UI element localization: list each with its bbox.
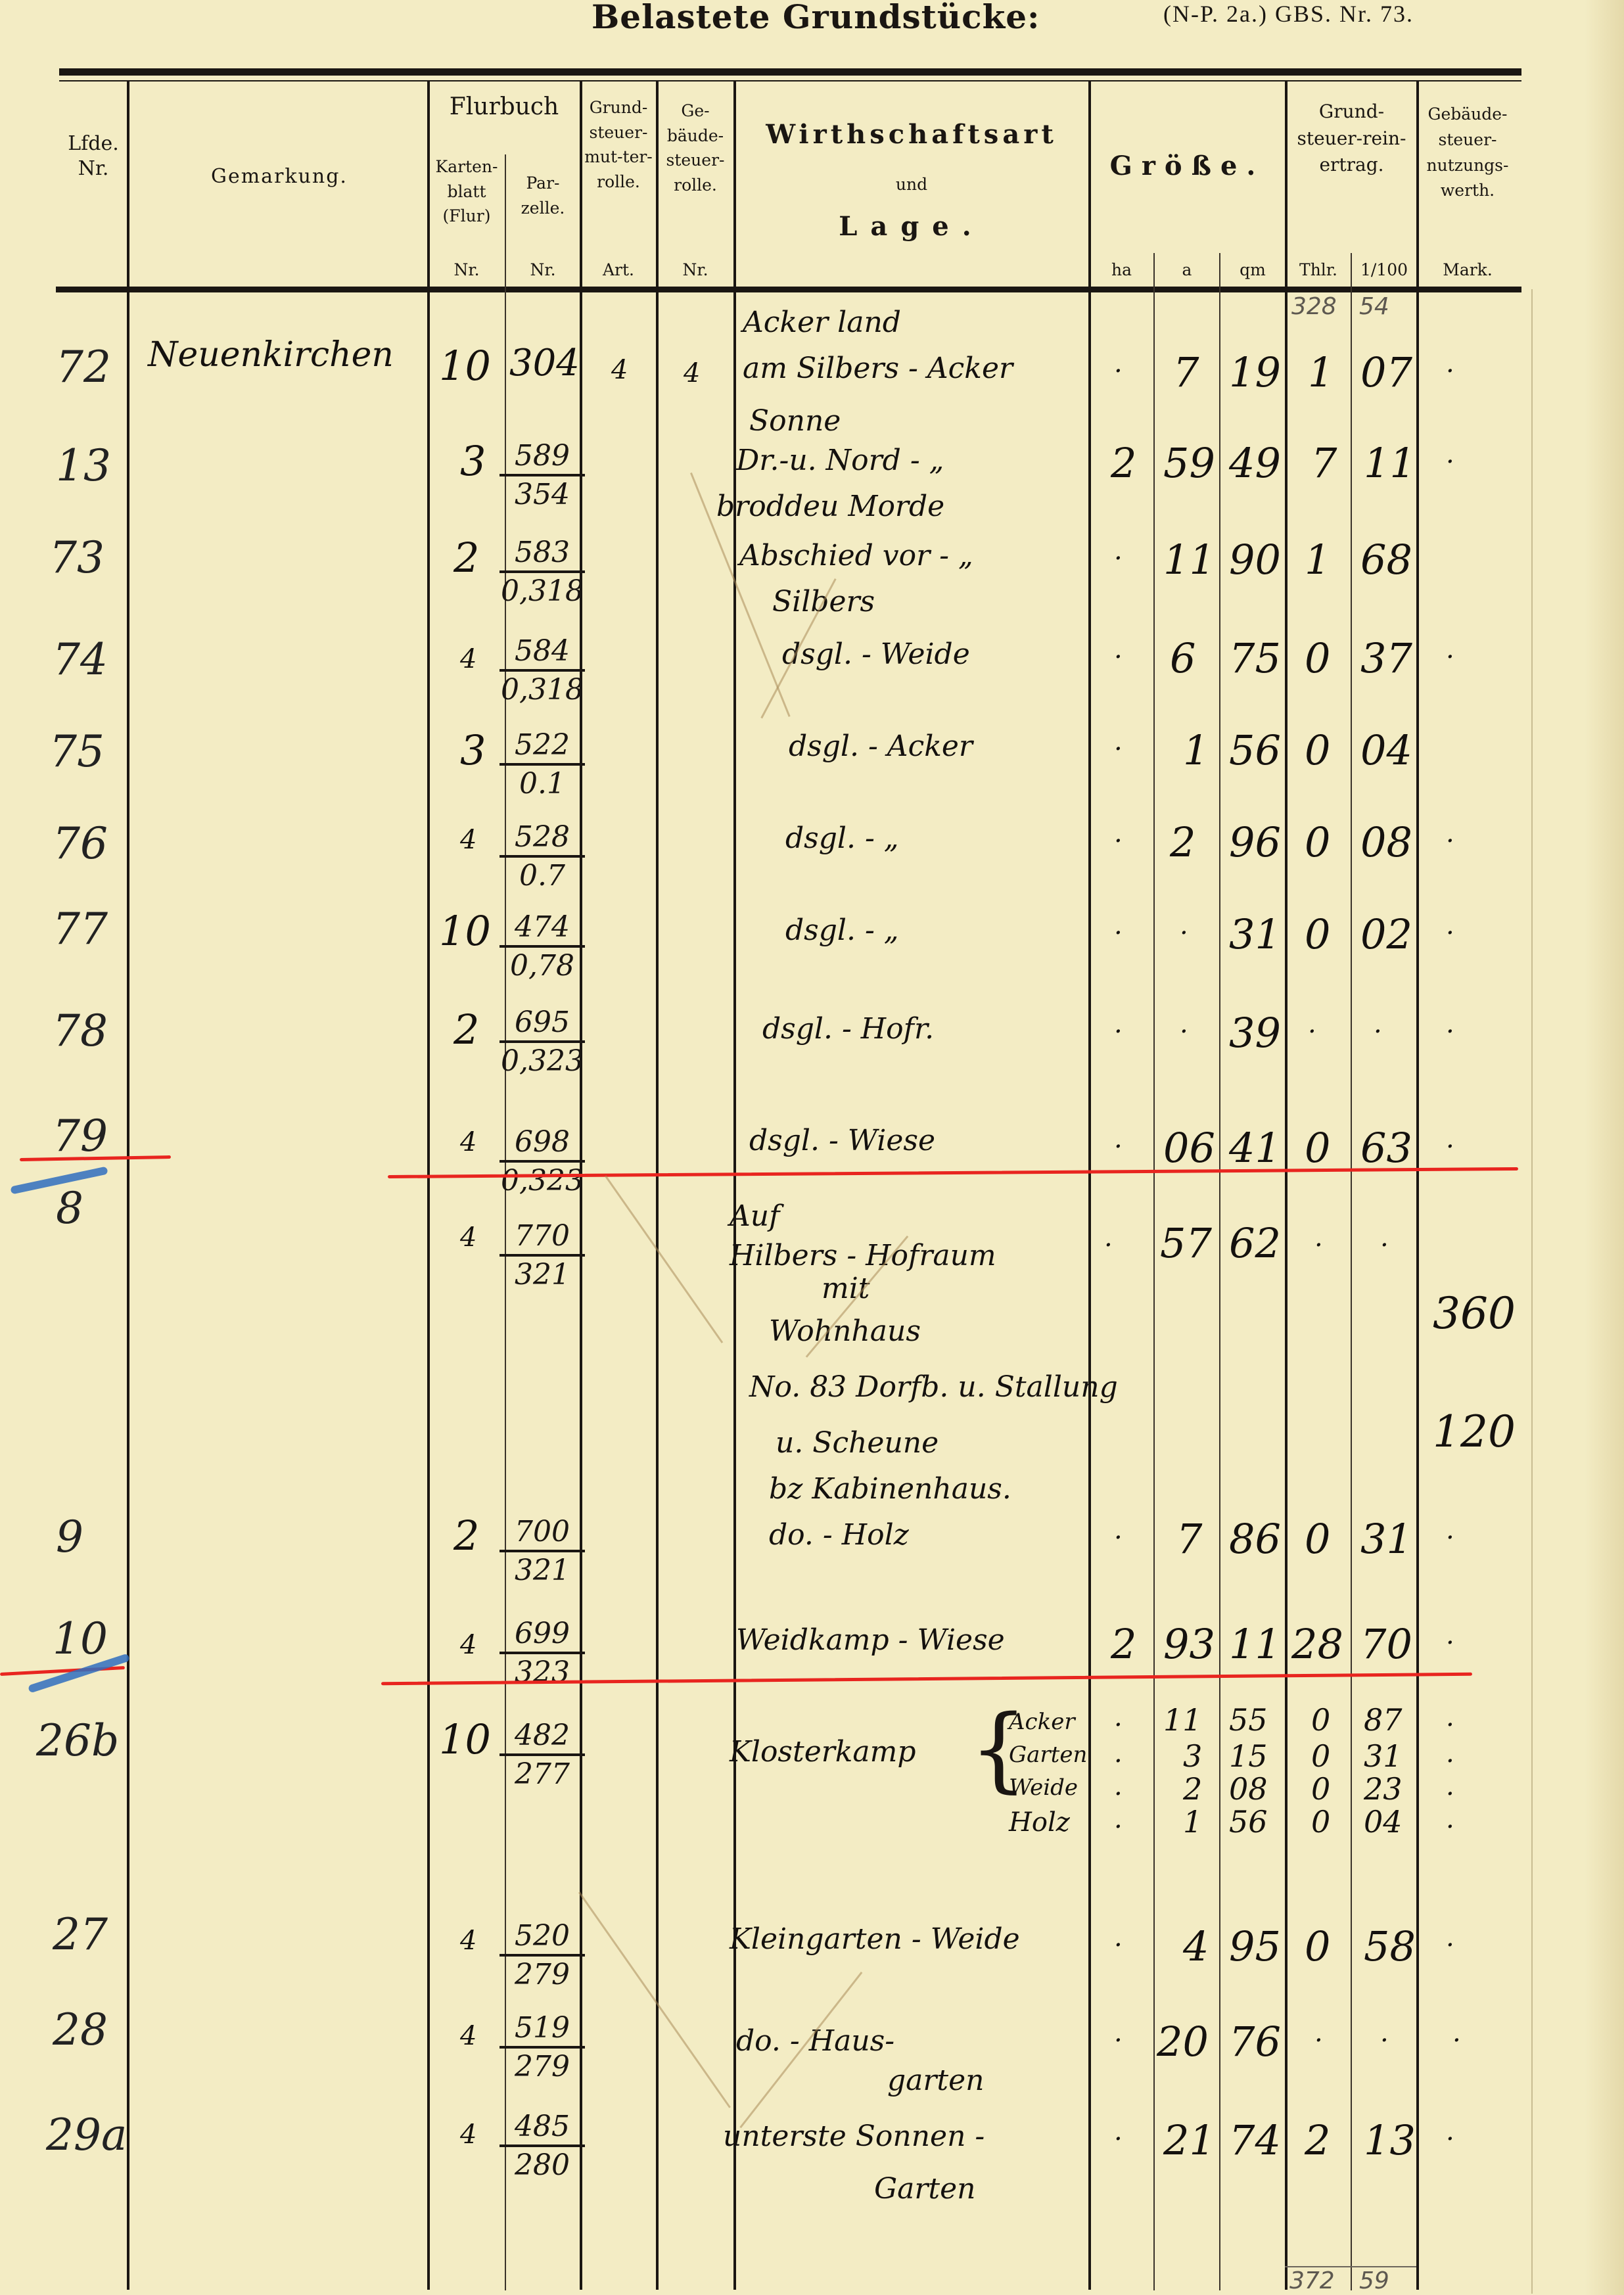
row-a: . <box>1180 910 1188 940</box>
row-mark: . <box>1446 818 1454 848</box>
row-parzelle: 520 <box>499 1919 585 1957</box>
row-parzelle: 482 <box>499 1719 585 1756</box>
sub-row-kind: Acker <box>1009 1709 1075 1735</box>
row-thlr: 0 <box>1305 1515 1330 1563</box>
row-desc-line: dsgl. - Acker <box>789 730 973 763</box>
row-flur: 4 <box>460 2120 476 2150</box>
row-parzelle-fraction: 520 279 <box>499 1919 585 1991</box>
unit-kartenblatt: Nr. <box>429 258 505 283</box>
row-hundredths: 68 <box>1360 536 1412 584</box>
header-grundsteuerreinertrag: Grund-steuer-rein-ertrag. <box>1287 99 1416 179</box>
header-gemarkung: Gemarkung. <box>131 164 427 189</box>
unit-ha: ha <box>1090 258 1153 283</box>
sub-row-thlr: 0 <box>1311 1771 1330 1807</box>
row-lfd-nr: 26b <box>36 1715 119 1766</box>
row-qm: 19 <box>1229 348 1281 396</box>
row-hundredths: . <box>1374 1009 1382 1039</box>
row-a: 57 <box>1160 1219 1212 1267</box>
sub-row-kind: Holz <box>1009 1807 1070 1838</box>
paper-fold <box>605 1175 723 1343</box>
row-hundredths: 04 <box>1360 726 1412 774</box>
row-desc-line: Abschied vor - „ <box>739 539 973 572</box>
row-mark: . <box>1446 634 1454 664</box>
row-parzelle: 583 <box>499 536 585 573</box>
sub-row-ha: . <box>1114 1771 1123 1801</box>
row-parzelle-fraction: 770 321 <box>499 1219 585 1291</box>
page-edge-shadow <box>1585 0 1624 2295</box>
row-hundredths: 11 <box>1364 439 1416 487</box>
row-lfd-nr: 13 <box>56 440 111 491</box>
row-lfd-nr: 29a <box>46 2110 127 2160</box>
row-lfd-nr: 27 <box>53 1909 108 1960</box>
row-mark: . <box>1446 1124 1454 1154</box>
row-hundredths: 08 <box>1360 818 1412 866</box>
sub-row-a: 1 <box>1183 1804 1202 1840</box>
row-mark: . <box>1446 439 1454 469</box>
row-qm: 76 <box>1229 2018 1281 2066</box>
row-flur: 4 <box>460 1926 476 1956</box>
row-qm: 31 <box>1229 910 1281 958</box>
carry-over-bottom-hundredths: 59 <box>1359 2267 1389 2294</box>
row-desc-line: Sonne <box>749 404 841 438</box>
row-flur: 4 <box>460 825 476 855</box>
row-desc-line: bz Kabinenhaus. <box>769 1472 1011 1506</box>
row-a: 7 <box>1173 348 1199 396</box>
row-hundredths: 07 <box>1360 348 1412 396</box>
row-parzelle-sub: 0.1 <box>499 766 585 800</box>
row-desc-line: Klosterkamp <box>730 1735 916 1769</box>
row-mark-secondary: 120 <box>1433 1406 1516 1457</box>
row-ha: . <box>1114 634 1123 664</box>
row-parzelle: 698 <box>499 1125 585 1163</box>
unit-thlr: Thlr. <box>1286 258 1351 283</box>
header-gebaeudesteuernutzungswerth: Gebäude-steuer-nutzungs-werth. <box>1418 102 1517 204</box>
row-a: 7 <box>1176 1515 1202 1563</box>
row-ha: . <box>1114 1922 1123 1953</box>
row-parzelle-fraction: 482 277 <box>499 1719 585 1791</box>
row-ha: . <box>1114 348 1123 379</box>
row-desc-line: No. 83 Dorfb. u. Stallung <box>749 1370 1118 1404</box>
row-parzelle-fraction: 699 323 <box>499 1617 585 1689</box>
row-desc-line: do. - Holz <box>769 1518 909 1552</box>
row-thlr: 0 <box>1305 910 1330 958</box>
col-divider-gebaeuderolle <box>733 81 736 2290</box>
row-lfd-nr: 28 <box>53 2005 108 2055</box>
header-grundsteuermutterrolle: Grund-steuer-mut-ter-rolle. <box>581 95 656 194</box>
row-ha: . <box>1114 1009 1123 1039</box>
row-qm: 11 <box>1229 1620 1281 1668</box>
row-flur: 10 <box>439 1715 491 1763</box>
row-a: 21 <box>1163 2116 1215 2164</box>
col-divider-reinertrag <box>1416 81 1419 2290</box>
document-title: Belastete Grundstücke: <box>592 0 1040 36</box>
row-parzelle-sub: 0,318 <box>499 672 585 707</box>
row-parzelle-fraction: 700 321 <box>499 1515 585 1587</box>
row-parzelle-sub: 0,318 <box>499 573 585 608</box>
row-flur: 4 <box>460 1630 476 1660</box>
row-lfd-nr: 72 <box>56 342 111 392</box>
sub-row-a: 2 <box>1183 1771 1202 1807</box>
row-gebaeuderolle: 4 <box>684 358 700 388</box>
row-a: . <box>1180 1009 1188 1039</box>
row-ha: 2 <box>1111 439 1136 487</box>
row-thlr: 1 <box>1305 536 1330 584</box>
row-parzelle: 770 <box>499 1219 585 1257</box>
row-mark: . <box>1452 2018 1461 2048</box>
row-parzelle: 699 <box>499 1617 585 1654</box>
sub-row-mark: . <box>1446 1702 1454 1732</box>
row-desc-line: dsgl. - Wiese <box>749 1124 935 1157</box>
header-parzelle: Par-zelle. <box>506 171 580 220</box>
row-a: 11 <box>1163 536 1215 584</box>
row-parzelle-fraction: 589 354 <box>499 439 585 511</box>
row-desc-line: am Silbers - Acker <box>743 352 1013 385</box>
sub-row-qm: 08 <box>1229 1771 1268 1807</box>
row-desc-line: Wohnhaus <box>769 1314 921 1348</box>
sub-row-kind: Garten <box>1009 1742 1087 1768</box>
margin-line <box>1531 289 1533 2294</box>
col-divider-wirthschaftsart <box>1088 81 1091 2290</box>
row-mark: . <box>1446 2116 1454 2146</box>
row-desc-line: Garten <box>874 2172 975 2206</box>
header-lfd-nr: Lfde. Nr. <box>60 131 126 181</box>
row-desc-line: garten <box>887 2064 985 2097</box>
row-parzelle-fraction: 695 0,323 <box>499 1006 585 1078</box>
row-ha: . <box>1114 818 1123 848</box>
unit-gebaeuderolle: Nr. <box>657 258 733 283</box>
row-a: 20 <box>1157 2018 1209 2066</box>
sub-row-ha: . <box>1114 1702 1123 1732</box>
row-thlr: 0 <box>1305 818 1330 866</box>
row-desc-line: Kleingarten - Weide <box>730 1922 1020 1956</box>
carry-over-top-thlr: 328 <box>1291 293 1337 320</box>
row-mark: . <box>1446 1620 1454 1650</box>
row-mark: . <box>1446 1922 1454 1953</box>
row-ha: . <box>1114 2116 1123 2146</box>
col-divider-thlr <box>1351 253 1352 2290</box>
unit-parzelle: Nr. <box>506 258 580 283</box>
header-lage: Lage. <box>735 210 1088 243</box>
row-parzelle: 474 <box>499 910 585 948</box>
row-parzelle-fraction: 519 279 <box>499 2011 585 2083</box>
row-parzelle-fraction: 584 0,318 <box>499 634 585 707</box>
row-lfd-nr: 77 <box>53 904 108 954</box>
row-ha: . <box>1104 1222 1113 1253</box>
sub-row-qm: 56 <box>1229 1804 1268 1840</box>
col-divider-gemarkung <box>427 81 430 2290</box>
row-parzelle-fraction: 583 0,318 <box>499 536 585 608</box>
row-hundredths: 13 <box>1364 2116 1416 2164</box>
row-lfd-nr: 8 <box>56 1183 83 1234</box>
col-divider-lfd <box>127 81 129 2290</box>
row-desc-line: broddeu Morde <box>716 490 944 523</box>
row-qm: 90 <box>1229 536 1281 584</box>
row-lfd-nr: 73 <box>49 532 104 583</box>
row-parzelle-sub: 0,323 <box>499 1043 585 1078</box>
row-ha: . <box>1114 1124 1123 1154</box>
row-desc-line: dsgl. - „ <box>785 914 899 947</box>
row-parzelle: 522 <box>499 728 585 766</box>
row-desc-line: Hilbers - Hofraum <box>730 1239 996 1272</box>
row-parzelle-fraction: 698 0,323 <box>499 1125 585 1197</box>
row-desc-line: Dr.-u. Nord - „ <box>736 444 944 477</box>
sub-row-hundredths: 87 <box>1364 1702 1403 1738</box>
row-ha: . <box>1114 726 1123 756</box>
row-desc-line: dsgl. - „ <box>785 822 899 855</box>
row-flur: 2 <box>453 1006 479 1054</box>
sub-row-mark: . <box>1446 1804 1454 1834</box>
row-thlr: 1 <box>1308 348 1334 396</box>
row-qm: 41 <box>1229 1124 1281 1172</box>
row-hundredths: . <box>1380 2018 1389 2048</box>
row-flur: 10 <box>439 342 491 390</box>
row-parzelle-sub: 321 <box>499 1552 585 1587</box>
row-parzelle-sub: 0,323 <box>499 1163 585 1197</box>
row-qm: 56 <box>1229 726 1281 774</box>
top-rule-thin <box>59 80 1521 81</box>
row-qm: 96 <box>1229 818 1281 866</box>
row-thlr: 0 <box>1305 1124 1330 1172</box>
row-parzelle: 485 <box>499 2110 585 2147</box>
row-a: 2 <box>1170 818 1195 866</box>
sub-row-mark: . <box>1446 1738 1454 1769</box>
row-lfd-nr: 79 <box>53 1111 108 1161</box>
row-qm: 39 <box>1229 1009 1281 1057</box>
row-thlr: 0 <box>1305 726 1330 774</box>
row-hundredths: 70 <box>1360 1620 1412 1668</box>
header-und: und <box>735 172 1088 197</box>
col-divider-mutterrolle <box>656 81 659 2290</box>
row-parzelle-fraction: 474 0,78 <box>499 910 585 983</box>
row-desc-line: Weidkamp - Wiese <box>736 1623 1005 1657</box>
row-parzelle-sub: 279 <box>499 2049 585 2083</box>
row-flur: 10 <box>439 907 491 955</box>
row-a: 93 <box>1163 1620 1215 1668</box>
sub-row-a: 3 <box>1183 1738 1202 1774</box>
row-parzelle-sub: 354 <box>499 476 585 511</box>
row-parzelle-sub: 279 <box>499 1957 585 1991</box>
row-thlr: . <box>1314 1222 1323 1253</box>
row-hundredths: 31 <box>1360 1515 1412 1563</box>
row-qm: 86 <box>1229 1515 1281 1563</box>
row-a: 6 <box>1170 634 1195 682</box>
sub-row-thlr: 0 <box>1311 1804 1330 1840</box>
row-parzelle: 519 <box>499 2011 585 2049</box>
row-parzelle: 700 <box>499 1515 585 1552</box>
row-desc-line: u. Scheune <box>776 1426 939 1460</box>
row-thlr: . <box>1308 1009 1316 1039</box>
row-thlr: . <box>1314 2018 1323 2048</box>
row-ha: . <box>1114 2018 1123 2048</box>
row-hundredths: 02 <box>1360 910 1412 958</box>
row-thlr: 2 <box>1305 2116 1330 2164</box>
row-hundredths: . <box>1380 1222 1389 1253</box>
col-divider-qm <box>1285 81 1288 2290</box>
row-ha: . <box>1114 1515 1123 1545</box>
header-gebaeudesteuerrolle: Ge-bäude-steuer-rolle. <box>657 99 733 197</box>
row-flur: 4 <box>460 644 476 674</box>
row-qm: 49 <box>1229 439 1281 487</box>
row-desc-line: Acker land <box>743 306 901 339</box>
col-divider-a <box>1219 253 1220 2290</box>
row-parzelle: 695 <box>499 1006 585 1043</box>
row-a: 1 <box>1183 726 1209 774</box>
unit-a: a <box>1155 258 1219 283</box>
row-mark: . <box>1446 1009 1454 1039</box>
row-flur: 2 <box>453 1512 479 1560</box>
row-qm: 75 <box>1229 634 1281 682</box>
row-hundredths: 58 <box>1364 1922 1416 1970</box>
row-flur: 3 <box>460 437 486 485</box>
row-qm: 95 <box>1229 1922 1281 1970</box>
sub-row-thlr: 0 <box>1311 1702 1330 1738</box>
sub-row-ha: . <box>1114 1738 1123 1769</box>
col-divider-ha <box>1153 253 1155 2290</box>
row-ha: 2 <box>1111 1620 1136 1668</box>
row-parzelle-fraction: 522 0.1 <box>499 728 585 800</box>
top-rule-thick <box>59 68 1521 76</box>
row-desc-line: dsgl. - Hofr. <box>762 1012 934 1046</box>
row-hundredths: 63 <box>1360 1124 1412 1172</box>
header-bottom-rule <box>56 287 1521 292</box>
paper-fold <box>578 1891 731 2108</box>
row-qm: 62 <box>1229 1219 1281 1267</box>
row-lfd-nr: 10 <box>53 1613 108 1664</box>
row-a: 4 <box>1183 1922 1209 1970</box>
row-desc-line: Auf <box>730 1199 779 1233</box>
row-ha: . <box>1114 910 1123 940</box>
row-parzelle-fraction: 528 0.7 <box>499 820 585 892</box>
row-lfd-nr: 78 <box>53 1006 108 1056</box>
sub-row-a: 11 <box>1163 1702 1202 1738</box>
row-hundredths: 37 <box>1360 634 1412 682</box>
row-mark: 360 <box>1433 1288 1516 1339</box>
row-thlr: 28 <box>1291 1620 1343 1668</box>
row-thlr: 7 <box>1311 439 1337 487</box>
row-mark: . <box>1446 910 1454 940</box>
row-lfd-nr: 74 <box>53 634 108 685</box>
row-lfd-nr: 76 <box>53 818 108 869</box>
carry-over-bottom-thlr: 372 <box>1289 2267 1335 2294</box>
row-mark: . <box>1446 1515 1454 1545</box>
unit-hundredths: 1/100 <box>1352 258 1416 283</box>
row-thlr: 0 <box>1305 1922 1330 1970</box>
row-a: 06 <box>1163 1124 1215 1172</box>
row-flur: 4 <box>460 2021 476 2051</box>
row-lfd-nr: 75 <box>49 726 104 777</box>
sub-row-kind: Weide <box>1009 1774 1078 1801</box>
unit-mutterrolle: Art. <box>581 258 656 283</box>
row-flur: 4 <box>460 1222 476 1253</box>
row-qm: 74 <box>1229 2116 1281 2164</box>
header-kartenblatt: Karten-blatt (Flur) <box>429 154 505 229</box>
row-ha: . <box>1114 536 1123 566</box>
sub-row-qm: 55 <box>1229 1702 1268 1738</box>
header-wirthschaftsart: Wirthschaftsart <box>735 118 1088 151</box>
row-mutterrolle: 4 <box>611 355 628 385</box>
row-a: 59 <box>1163 439 1215 487</box>
row-flur: 2 <box>453 534 479 582</box>
row-desc-line: dsgl. - Weide <box>782 637 970 671</box>
gemarkung-value: Neuenkirchen <box>148 335 394 375</box>
row-parzelle: 584 <box>499 634 585 672</box>
sub-row-mark: . <box>1446 1771 1454 1801</box>
header-groesse: Größe. <box>1090 150 1285 183</box>
row-lfd-nr: 9 <box>56 1512 83 1562</box>
row-parzelle-sub: 0.7 <box>499 858 585 892</box>
sub-row-hundredths: 04 <box>1364 1804 1403 1840</box>
row-parzelle-sub: 277 <box>499 1756 585 1791</box>
sub-row-qm: 15 <box>1229 1738 1268 1774</box>
header-flurbuch: Flurbuch <box>429 92 580 122</box>
unit-mark: Mark. <box>1418 258 1517 283</box>
sub-row-hundredths: 23 <box>1364 1771 1403 1807</box>
row-parzelle-fraction: 485 280 <box>499 2110 585 2182</box>
sub-row-hundredths: 31 <box>1364 1738 1403 1774</box>
row-flur: 3 <box>460 726 486 774</box>
row-desc-line: unterste Sonnen - <box>723 2120 985 2153</box>
unit-qm: qm <box>1220 258 1285 283</box>
row-parzelle: 589 <box>499 439 585 476</box>
row-parzelle: 528 <box>499 820 585 858</box>
row-parzelle-sub: 0,78 <box>499 948 585 983</box>
sub-row-thlr: 0 <box>1311 1738 1330 1774</box>
carry-over-top-hundredths: 54 <box>1359 293 1389 320</box>
row-flur: 4 <box>460 1127 476 1157</box>
row-mark: . <box>1446 348 1454 379</box>
form-id: (N-P. 2a.) GBS. Nr. 73. <box>1163 0 1414 28</box>
row-thlr: 0 <box>1305 634 1330 682</box>
row-parzelle-sub: 280 <box>499 2147 585 2182</box>
row-parzelle-sub: 321 <box>499 1257 585 1291</box>
sub-row-ha: . <box>1114 1804 1123 1834</box>
row-parzelle: 304 <box>509 342 580 384</box>
